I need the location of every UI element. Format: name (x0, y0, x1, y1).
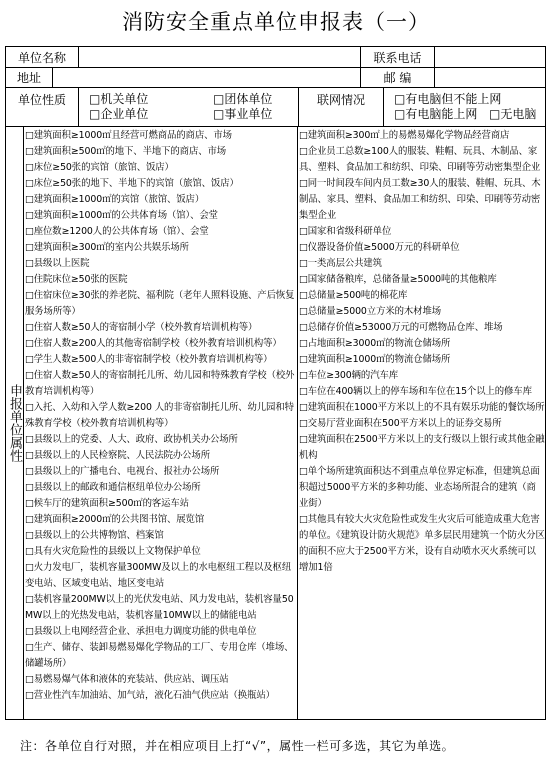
attribute-item[interactable]: □县级以上医院 (25, 256, 297, 272)
attribute-item[interactable]: □建筑面积≥1000㎡的物流仓储场所 (299, 352, 545, 368)
attribute-item[interactable]: □国家和省级科研单位 (299, 224, 545, 240)
form-title: 消防安全重点单位申报表（一） (0, 6, 552, 36)
attribute-item[interactable]: □候车厅的建筑面积≥500㎡的客运车站 (25, 496, 297, 512)
attribute-label-cell: 申报单位属性 (5, 126, 24, 720)
attribute-item[interactable]: □交易厅营业面积在500平方米以上的证券交易所 (299, 416, 545, 432)
postcode-field[interactable] (434, 67, 546, 88)
nature-option-government[interactable]: □机关单位 (89, 92, 148, 106)
attribute-item[interactable]: □建筑面积≥300㎡上的易燃易爆化学物品经营商店 (299, 128, 545, 144)
attribute-item[interactable]: □住宿人数≥200人的其他寄宿制学校（校外教育培训机构等） (25, 336, 297, 352)
nature-option-enterprise[interactable]: □企业单位 (89, 107, 148, 121)
attribute-item[interactable]: □学生人数≥500人的非寄宿制学校（校外教育培训机构等） (25, 352, 297, 368)
attribute-item[interactable]: □易燃易爆气体和液体的充装站、供应站、调压站 (25, 672, 297, 688)
attribute-item[interactable]: □同一时间段车间内员工数≥30人的服装、鞋帽、玩具、木制品、家具、塑料、食品加工… (299, 176, 545, 224)
attribute-item[interactable]: □建筑面积≥2000㎡的公共图书馆、展览馆 (25, 512, 297, 528)
attribute-item[interactable]: □车位≥300辆的汽车库 (299, 368, 545, 384)
attribute-item[interactable]: □县级以上电网经营企业、承担电力调度功能的供电单位 (25, 624, 297, 640)
attribute-item[interactable]: □建筑面积≥500㎡的地下、半地下的商店、市场 (25, 144, 297, 160)
attribute-item[interactable]: □占地面积≥3000㎡的物流仓储场所 (299, 336, 545, 352)
attribute-item[interactable]: □县级以上的邮政和通信枢纽单位办公场所 (25, 480, 297, 496)
attribute-item[interactable]: □入托、入幼和入学人数≥200 人的非寄宿制托儿所、幼儿园和特殊教育学校（校外教… (25, 400, 297, 432)
unit-name-field[interactable] (78, 46, 361, 68)
attribute-item[interactable]: □座位数≥1200人的公共体育场（馆）、会堂 (25, 224, 297, 240)
phone-label: 联系电话 (373, 49, 421, 66)
attribute-item[interactable]: □床位≥50张的地下、半地下的宾馆（旅馆、饭店） (25, 176, 297, 192)
attribute-item[interactable]: □建筑面积≥1000㎡的宾馆（旅馆、饭店） (25, 192, 297, 208)
nature-options-cell: □机关单位 □团体单位 □企业单位 □事业单位 (78, 87, 299, 127)
attribute-item[interactable]: □车位在400辆以上的停车场和车位在15个以上的修车库 (299, 384, 545, 400)
attribute-item[interactable]: □住宿人数≥50人的寄宿制小学（校外教育培训机构等） (25, 320, 297, 336)
network-options-cell: □有电脑但不能上网 □有电脑能上网 □无电脑 (383, 87, 546, 127)
network-option-no-internet[interactable]: □有电脑但不能上网 (394, 92, 501, 106)
attribute-item[interactable]: □住宿床位≥30张的养老院、福利院（老年人照料设施、产后恢复服务场所等） (25, 288, 297, 320)
attribute-item[interactable]: □单个场所建筑面积达不到重点单位界定标准，但建筑总面积超过5000平方米的多种功… (299, 464, 545, 512)
network-label: 联网情况 (317, 91, 365, 126)
unit-name-label: 单位名称 (18, 49, 66, 66)
unit-name-label-cell: 单位名称 (5, 46, 79, 68)
attribute-item[interactable]: □仪器设备价值≥5000万元的科研单位 (299, 240, 545, 256)
attribute-item[interactable]: □装机容量200MW以上的光伏发电站、风力发电站，装机容量50MW以上的光热发电… (25, 592, 297, 624)
nature-option-institution[interactable]: □事业单位 (213, 107, 272, 121)
attribute-item[interactable]: □县级以上的人民检察院、人民法院办公场所 (25, 448, 297, 464)
right-attribute-list: □建筑面积≥300㎡上的易燃易爆化学物品经营商店 □企业员工总数≥100人的服装… (298, 127, 545, 576)
attribute-item[interactable]: □总储存价值≥53000万元的可燃物品仓库、堆场 (299, 320, 545, 336)
attribute-item[interactable]: □县级以上的党委、人大、政府、政协机关办公场所 (25, 432, 297, 448)
postcode-label: 邮 编 (384, 69, 412, 86)
address-field[interactable] (52, 67, 361, 88)
attribute-item[interactable]: □具有火灾危险性的县级以上文物保护单位 (25, 544, 297, 560)
attribute-item[interactable]: □营业性汽车加油站、加气站，液化石油气供应站（换瓶站） (25, 688, 297, 704)
attribute-item[interactable]: □国家储备粮库，总储备量≥5000吨的其他粮库 (299, 272, 545, 288)
attribute-item[interactable]: □火力发电厂，装机容量300MW及以上的水电枢纽工程以及枢纽变电站、区域变电站、… (25, 560, 297, 592)
attribute-item[interactable]: □床位≥50张的宾馆（旅馆、饭店） (25, 160, 297, 176)
attribute-item[interactable]: □住院床位≥50张的医院 (25, 272, 297, 288)
attribute-item[interactable]: □企业员工总数≥100人的服装、鞋帽、玩具、木制品、家具、塑料、食品加工和纺织、… (299, 144, 545, 176)
footnote: 注：各单位自行对照，并在相应项目上打“√”，属性一栏可多选，其它为单选。 (20, 737, 454, 754)
nature-option-organization[interactable]: □团体单位 (213, 92, 272, 106)
attribute-item[interactable]: □建筑面积在1000平方米以上的不具有娱乐功能的餐饮场所 (299, 400, 545, 416)
attribute-item[interactable]: □住宿人数≥50人的寄宿制托儿所、幼儿园和特殊教育学校（校外教育培训机构等） (25, 368, 297, 400)
address-label-cell: 地址 (5, 67, 53, 88)
address-label: 地址 (17, 69, 41, 86)
attribute-item[interactable]: □总储量≥5000立方米的木材堆场 (299, 304, 545, 320)
attribute-item[interactable]: □建筑面积在2500平方米以上的支行级以上银行或其他金融机构 (299, 432, 545, 464)
attribute-item[interactable]: □建筑面积≥1000㎡的公共体育场（馆）、会堂 (25, 208, 297, 224)
nature-label: 单位性质 (18, 91, 66, 126)
attribute-item[interactable]: □建筑面积≥1000㎡且经营可燃商品的商店、市场 (25, 128, 297, 144)
attribute-item[interactable]: □县级以上的广播电台、电视台、报社办公场所 (25, 464, 297, 480)
attribute-item[interactable]: □其他具有较大火灾危险性或发生火灾后可能造成重大危害的单位。《建筑设计防火规范》… (299, 512, 545, 576)
phone-field[interactable] (434, 46, 546, 68)
network-label-cell: 联网情况 (298, 87, 384, 127)
phone-label-cell: 联系电话 (360, 46, 435, 68)
left-attribute-list: □建筑面积≥1000㎡且经营可燃商品的商店、市场 □建筑面积≥500㎡的地下、半… (24, 127, 297, 704)
attribute-item[interactable]: □县级以上的公共博物馆、档案馆 (25, 528, 297, 544)
network-option-no-computer[interactable]: □无电脑 (489, 107, 536, 121)
attribute-label: 申报单位属性 (7, 384, 22, 462)
nature-label-cell: 单位性质 (5, 87, 79, 127)
network-option-internet[interactable]: □有电脑能上网 (394, 107, 477, 121)
postcode-label-cell: 邮 编 (360, 67, 435, 88)
attribute-item[interactable]: □生产、储存、装卸易燃易爆化学物品的工厂、专用仓库（堆场、储罐场所） (25, 640, 297, 672)
attribute-item[interactable]: □总储量≥500吨的棉花库 (299, 288, 545, 304)
attribute-item[interactable]: □一类高层公共建筑 (299, 256, 545, 272)
attribute-item[interactable]: □建筑面积≥300㎡的室内公共娱乐场所 (25, 240, 297, 256)
